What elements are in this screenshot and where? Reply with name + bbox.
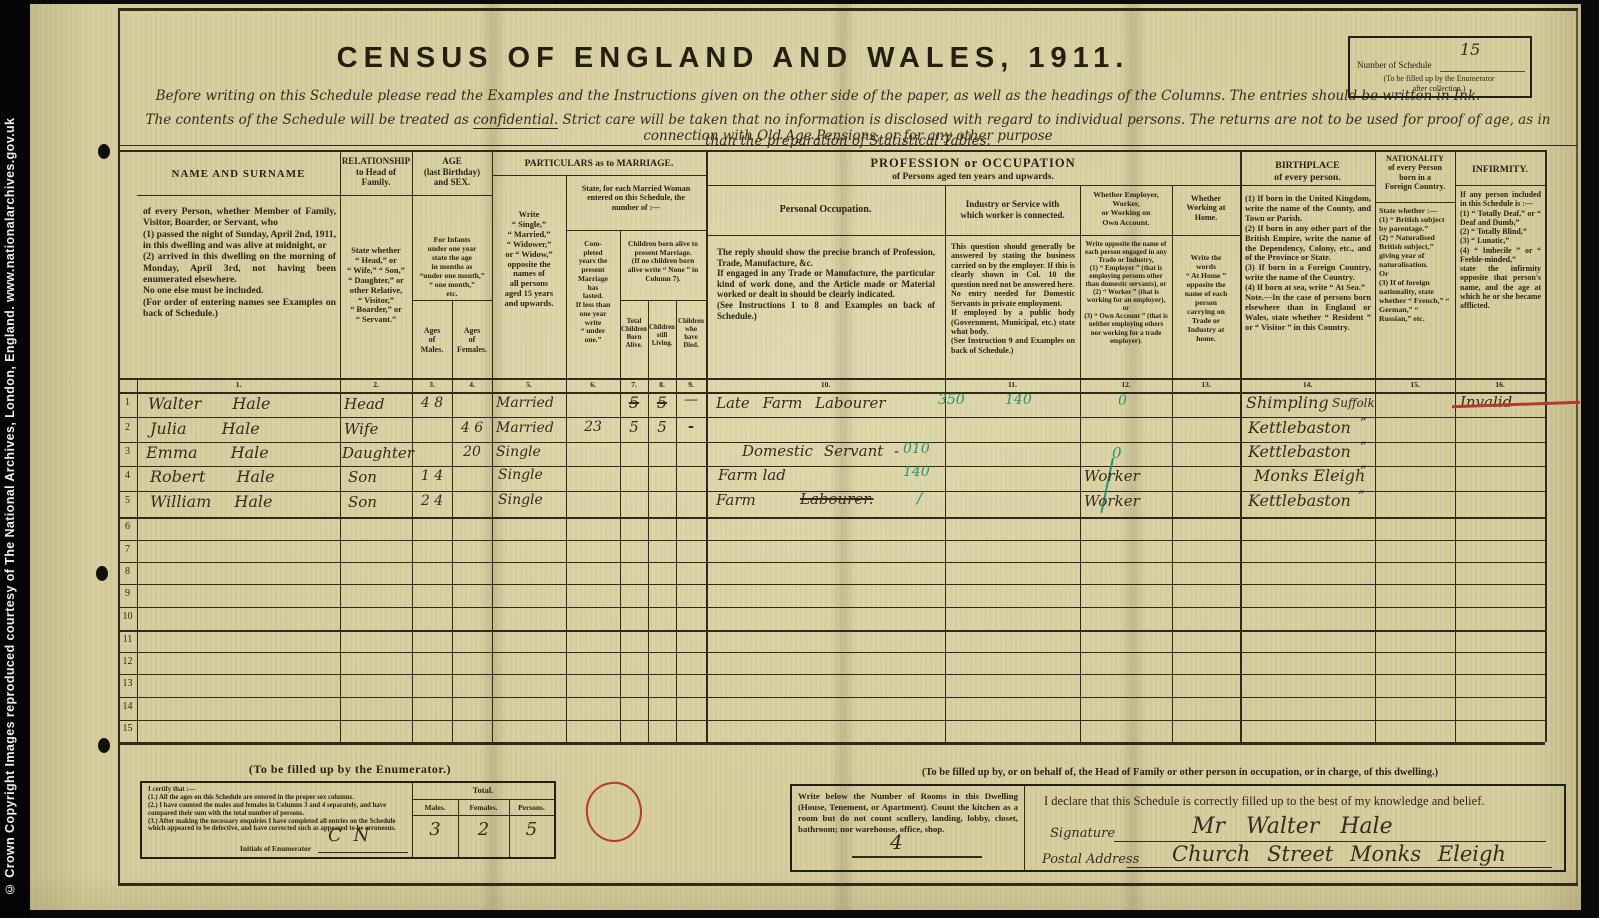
subcol-children-born: Total Children Born Alive. (620, 318, 648, 350)
form-bottom-border (118, 883, 1578, 886)
enumerator-code-occupation: 140 (903, 464, 930, 480)
subcol-ages-males: Ages of Males. (413, 326, 451, 354)
subcol-children-living: Children still Living. (648, 324, 676, 348)
enumerator-code-employer: 0 (1118, 393, 1127, 409)
signature-value: Mr Walter Hale (1192, 814, 1393, 839)
ditto-mark: ” (1360, 440, 1367, 455)
head-children-born: Children born alive to present Marriage.… (621, 240, 705, 284)
entry-age-male: 2 4 (412, 493, 452, 509)
entry-infirmity: Invalid (1460, 393, 1512, 411)
enumerator-code-industry: 140 (1005, 392, 1032, 408)
entry-employer-worker: Worker (1084, 467, 1140, 485)
row-number: 12 (118, 656, 137, 667)
col-num: 5. (492, 380, 566, 389)
form-top-border (118, 8, 1578, 11)
entry-occupation-corrected: Labourer. (800, 490, 874, 508)
box-line (412, 799, 554, 800)
row-number: 10 (118, 611, 137, 622)
grid-line (566, 230, 706, 231)
intro-instruction: Before writing on this Schedule please r… (118, 88, 1518, 104)
entry-relationship: Daughter (342, 444, 414, 462)
entry-relationship: Head (344, 395, 385, 413)
row-number: 7 (118, 544, 137, 555)
entry-children-living: 5 (648, 393, 676, 412)
entry-relationship: Son (348, 468, 377, 486)
grid-line (118, 145, 1578, 146)
col-header-birthplace: BIRTHPLACE of every person. (1242, 160, 1373, 183)
col-num: 7. (620, 380, 648, 389)
total-females-value: 2 (458, 819, 509, 840)
col-desc-personal-occupation: The reply should show the precise branch… (717, 247, 935, 321)
row-number: 2 (118, 422, 137, 433)
col-num: 16. (1455, 380, 1545, 389)
col-num: 13. (1172, 380, 1240, 389)
enumerator-code-occupation: 010 (903, 441, 930, 457)
group-header-marriage: PARTICULARS as to MARRIAGE. (494, 158, 704, 169)
box-line (412, 815, 554, 816)
col-num: 4. (452, 380, 492, 389)
grid-line (648, 300, 649, 742)
schedule-number-value: 15 (1460, 40, 1480, 59)
row-number: 11 (118, 634, 137, 645)
enumerator-code-occupation: / (917, 488, 922, 507)
grid-line (706, 235, 1240, 236)
declaration-heading: (To be filled up by, or on behalf of, th… (795, 767, 1565, 778)
entry-name: Emma Hale (146, 443, 269, 462)
grid-line (492, 175, 706, 176)
col-num: 14. (1240, 380, 1375, 389)
col-num: 12. (1080, 380, 1172, 389)
rooms-line (852, 856, 982, 858)
col-desc-employer-worker: Write opposite the name of each person e… (1083, 240, 1169, 345)
grid-line (137, 195, 492, 196)
entry-marital: Single (498, 467, 543, 483)
grid-line (340, 150, 341, 742)
row-number: 4 (118, 470, 137, 481)
row-number: 1 (118, 397, 137, 408)
entry-occupation: Domestic Servant - (742, 442, 899, 460)
copyright-watermark: © Crown Copyright Images reproduced cour… (3, 36, 17, 896)
col-desc-age: For Infants under one year state the age… (411, 236, 493, 299)
col-desc-infirmity: If any person included in this Schedule … (1460, 190, 1541, 310)
row-number: 6 (118, 521, 137, 532)
enumerator-heading: (To be filled up by the Enumerator.) (145, 762, 555, 777)
entry-occupation: Farm (716, 491, 756, 509)
entry-birthplace: Kettlebaston (1248, 491, 1351, 510)
subcol-ages-females: Ages of Females. (453, 326, 491, 354)
grid-line (1545, 150, 1547, 742)
schedule-number-note: (To be filled up by the Enumerator after… (1352, 74, 1526, 93)
rooms-instruction: Write below the Number of Rooms in this … (798, 791, 1018, 835)
col-header-working-at-home: Whether Working at Home. (1174, 194, 1238, 222)
grid-line (1080, 185, 1081, 742)
grid-line (1455, 150, 1456, 742)
grid-line (1240, 150, 1242, 742)
males-label: Males. (412, 803, 458, 812)
grid-line (620, 230, 621, 742)
entry-name: Julia Hale (150, 419, 260, 438)
census-scan-page: © Crown Copyright Images reproduced cour… (0, 0, 1599, 918)
col-header-name: NAME AND SURNAME (140, 168, 337, 180)
row-line (118, 674, 1545, 675)
col-num: 2. (340, 380, 412, 389)
confidential-line2: than the preparation of Statistical Tabl… (118, 133, 1578, 149)
enumerator-code-occupation: 350 (938, 392, 965, 408)
grid-line (945, 185, 946, 742)
enumerator-initials-value: C N (328, 825, 372, 846)
address-line (1127, 867, 1552, 868)
signature-label: Signature (1050, 826, 1115, 841)
row-line (118, 562, 1545, 563)
entry-marital: Single (496, 444, 541, 460)
row-line (118, 697, 1545, 698)
entry-birthplace: Monks Eleigh (1254, 466, 1365, 485)
col-header-industry: Industry or Service with which worker is… (947, 199, 1078, 220)
col-num: 3. (412, 380, 452, 389)
entry-children-died: - (676, 417, 706, 435)
entry-age-female: 20 (452, 444, 492, 460)
persons-label: Persons. (509, 803, 554, 812)
enumerator-box: I certify that :— (1.) All the ages on t… (140, 781, 556, 859)
grid-line (412, 300, 492, 301)
col-num: 8. (648, 380, 676, 389)
entry-relationship: Son (348, 493, 377, 511)
entry-relationship: Wife (344, 420, 378, 438)
entry-name: Robert Hale (150, 467, 275, 486)
row-line (118, 607, 1545, 608)
grid-line (706, 150, 708, 742)
col-desc-industry: This question should generally be answer… (951, 242, 1075, 355)
subcol-children-died: Children who have Died. (676, 318, 706, 350)
col-desc-nationality: State whether :— (1) “ British subject b… (1379, 206, 1452, 323)
initials-line (318, 852, 408, 853)
entry-name: Walter Hale (148, 394, 270, 413)
entry-occupation: Farm lad (718, 466, 786, 484)
schedule-number-box: Number of Schedule 15 (To be filled up b… (1348, 36, 1532, 98)
enumerator-initials-label: Initials of Enumerator (240, 844, 311, 853)
postal-address-label: Postal Address (1042, 852, 1139, 867)
row-number: 13 (118, 678, 137, 689)
entry-marital: Married (496, 395, 554, 411)
entry-children-born: 5 (620, 418, 648, 436)
row-number: 14 (118, 701, 137, 712)
row-number: 3 (118, 446, 137, 457)
col-desc-working-at-home: Write the words “ At Home ” opposite the… (1176, 254, 1236, 344)
ditto-mark: ” (1360, 464, 1367, 479)
col-num: 15. (1375, 380, 1455, 389)
entry-employer-worker: Worker (1084, 492, 1140, 510)
declaration-statement: I declare that this Schedule is correctl… (1044, 794, 1552, 809)
col-desc-name: of every Person, whether Member of Famil… (143, 206, 336, 319)
entry-name: William Hale (150, 492, 273, 511)
col-num: 10. (706, 380, 945, 389)
page-title: CENSUS OF ENGLAND AND WALES, 1911. (118, 42, 1348, 75)
entry-age-male: 1 4 (412, 468, 452, 484)
col-num: 6. (566, 380, 620, 389)
grid-line (118, 150, 1545, 152)
entry-children-born: 5 (620, 393, 648, 412)
punch-hole (98, 144, 110, 159)
row-line (118, 540, 1545, 541)
confidential-pre: The contents of the Schedule will be tre… (146, 112, 474, 128)
entry-years-married: 23 (566, 419, 620, 435)
entry-birthplace: Kettlebaston (1248, 418, 1351, 437)
females-label: Females. (458, 803, 509, 812)
row-number: 15 (118, 723, 137, 734)
entry-marital: Married (496, 420, 554, 436)
col-header-relationship: RELATIONSHIP to Head of Family. (341, 156, 411, 188)
row-line (118, 517, 1545, 519)
row-number: 9 (118, 588, 137, 599)
grid-line (452, 300, 453, 742)
ditto-mark: ” (1358, 489, 1365, 504)
col-num: 1. (137, 380, 340, 389)
grid-line (706, 185, 1240, 186)
entry-age-male: 4 8 (412, 395, 452, 411)
col-header-nationality: NATIONALITY of every Person born in a Fo… (1377, 154, 1453, 192)
group-header-occupation: PROFESSION or OCCUPATION (708, 156, 1238, 171)
entry-children-living: 5 (648, 418, 676, 436)
entry-age-female: 4 6 (452, 420, 492, 436)
entry-birthplace: Kettlebaston (1248, 442, 1351, 461)
grid-line (1172, 185, 1173, 742)
row-line (118, 742, 1545, 745)
row-number: 8 (118, 566, 137, 577)
postal-address-value: Church Street Monks Eleigh (1172, 842, 1506, 866)
col-header-employer-worker: Whether Employer, Worker, or Working on … (1082, 190, 1170, 227)
col-desc-years-married: Com- pleted years the present Marriage h… (567, 240, 619, 345)
grid-line (1375, 202, 1455, 203)
confidential-word: confidential. (473, 112, 558, 129)
total-persons-value: 5 (509, 819, 554, 840)
entry-children-died: — (676, 392, 706, 408)
col-desc-relationship: State whether “ Head,” or “ Wife,” “ Son… (341, 246, 411, 325)
grid-line (1240, 185, 1375, 186)
entry-birthplace: Shimpling (1246, 393, 1329, 412)
col-desc-birthplace: (1) If born in the United Kingdom, write… (1245, 194, 1371, 333)
grid-line (137, 378, 138, 742)
row-line (118, 652, 1545, 653)
schedule-number-line (1440, 71, 1525, 72)
rooms-value: 4 (890, 830, 903, 854)
ditto-mark: ” (1360, 416, 1367, 431)
col-num: 11. (945, 380, 1080, 389)
punch-hole (98, 738, 110, 753)
box-divider (1024, 786, 1025, 870)
entry-occupation: Late Farm Labourer (716, 394, 886, 412)
grid-line (1455, 185, 1545, 186)
grid-line (676, 300, 677, 742)
row-line (118, 630, 1545, 632)
col-header-personal-occupation: Personal Occupation. (708, 204, 943, 215)
entry-birthplace-county: Suffolk (1332, 396, 1375, 410)
entry-marital: Single (498, 492, 543, 508)
total-males-value: 3 (412, 819, 458, 840)
schedule-number-label: Number of Schedule (1357, 60, 1431, 70)
punch-hole (96, 566, 108, 581)
row-line (118, 584, 1545, 585)
col-header-age: AGE (last Birthday) and SEX. (413, 156, 491, 188)
row-line (118, 720, 1545, 721)
row-number: 5 (118, 495, 137, 506)
col-num: 9. (676, 380, 706, 389)
group-subheader-occupation: of Persons aged ten years and upwards. (708, 171, 1238, 182)
grid-line (1375, 150, 1376, 742)
declaration-box: Write below the Number of Rooms in this … (790, 784, 1566, 872)
col-header-infirmity: INFIRMITY. (1457, 164, 1543, 175)
totals-label: Total. (412, 785, 554, 795)
grid-line (620, 300, 706, 301)
col-desc-marital-status: Write “ Single,” “ Married,” “ Widower,”… (494, 210, 564, 309)
head-married-woman: State, for each Married Woman entered on… (568, 184, 704, 212)
